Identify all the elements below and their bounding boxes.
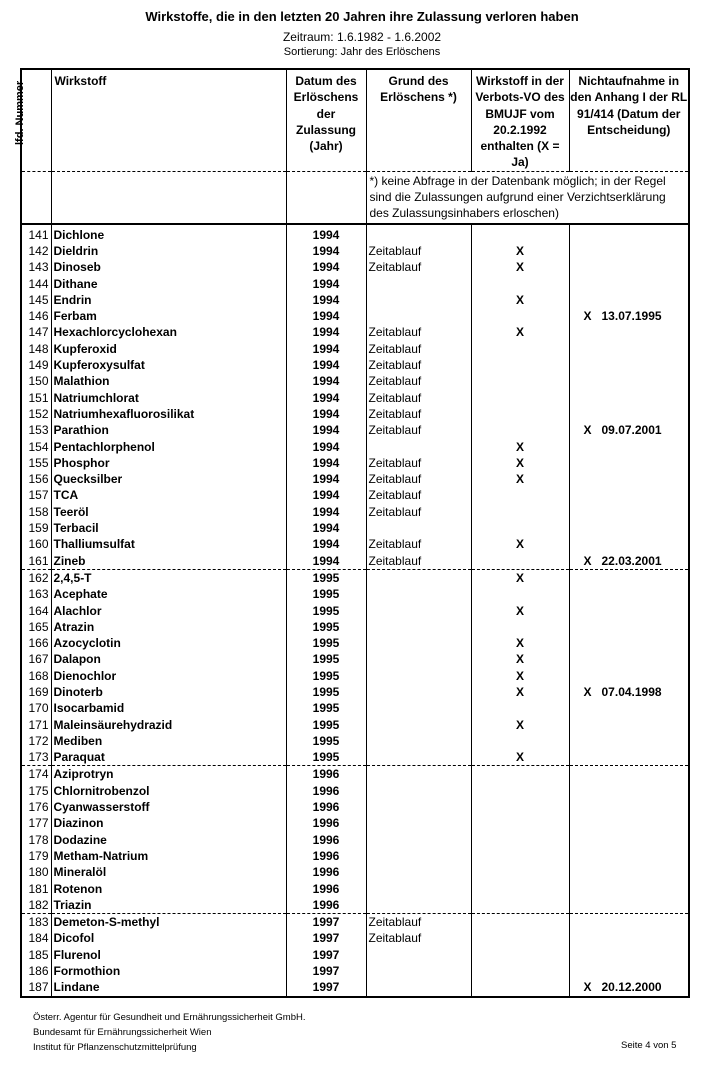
cell-name: Acephate	[51, 586, 286, 602]
cell-verbot: X	[471, 668, 569, 684]
cell-grund: Zeitablauf	[366, 243, 471, 259]
cell-grund	[366, 619, 471, 635]
cell-year: 1997	[286, 947, 366, 963]
cell-year: 1995	[286, 651, 366, 667]
cell-grund	[366, 586, 471, 602]
cell-grund	[366, 700, 471, 716]
table-row: 158Teeröl1994Zeitablauf	[21, 504, 689, 520]
cell-verbot: X	[471, 455, 569, 471]
table-row: 171Maleinsäurehydrazid1995X	[21, 717, 689, 733]
cell-grund: Zeitablauf	[366, 455, 471, 471]
cell-verbot	[471, 357, 569, 373]
cell-nr: 177	[21, 815, 51, 831]
cell-year: 1995	[286, 569, 366, 586]
table-row: 155Phosphor1994ZeitablaufX	[21, 455, 689, 471]
cell-nicht: X 07.04.1998	[569, 684, 689, 700]
cell-nicht	[569, 224, 689, 243]
cell-grund	[366, 947, 471, 963]
cell-year: 1997	[286, 979, 366, 996]
cell-nr: 142	[21, 243, 51, 259]
table-row: 160Thalliumsulfat1994ZeitablaufX	[21, 536, 689, 552]
cell-nicht	[569, 881, 689, 897]
cell-name: Isocarbamid	[51, 700, 286, 716]
col-header-nicht: Nichtaufnahme in den Anhang I der RL 91/…	[569, 69, 689, 171]
cell-name: Terbacil	[51, 520, 286, 536]
cell-grund: Zeitablauf	[366, 471, 471, 487]
cell-verbot	[471, 733, 569, 749]
cell-grund	[366, 717, 471, 733]
cell-verbot	[471, 487, 569, 503]
cell-name: Hexachlorcyclohexan	[51, 324, 286, 340]
cell-year: 1995	[286, 700, 366, 716]
col-header-date: Datum des Erlöschens der Zulassung (Jahr…	[286, 69, 366, 171]
sort-subtitle: Sortierung: Jahr des Erlöschens	[0, 46, 724, 58]
cell-nicht	[569, 700, 689, 716]
cell-name: Mediben	[51, 733, 286, 749]
cell-verbot: X	[471, 684, 569, 700]
table-row: 153Parathion1994ZeitablaufX 09.07.2001	[21, 422, 689, 438]
cell-nicht	[569, 668, 689, 684]
cell-year: 1994	[286, 422, 366, 438]
cell-nr: 174	[21, 766, 51, 783]
cell-nicht	[569, 292, 689, 308]
cell-verbot	[471, 504, 569, 520]
cell-verbot	[471, 766, 569, 783]
cell-nicht	[569, 536, 689, 552]
cell-grund	[366, 783, 471, 799]
cell-verbot: X	[471, 603, 569, 619]
table-row: 164Alachlor1995X	[21, 603, 689, 619]
cell-nr: 152	[21, 406, 51, 422]
cell-nr: 145	[21, 292, 51, 308]
cell-name: Azocyclotin	[51, 635, 286, 651]
cell-grund	[366, 603, 471, 619]
table-row: 177Diazinon1996	[21, 815, 689, 831]
cell-grund	[366, 979, 471, 996]
cell-verbot: X	[471, 324, 569, 340]
cell-nr: 181	[21, 881, 51, 897]
cell-nr: 171	[21, 717, 51, 733]
cell-grund	[366, 832, 471, 848]
cell-nicht	[569, 259, 689, 275]
table-row: 146Ferbam1994X 13.07.1995	[21, 308, 689, 324]
cell-nr: 154	[21, 439, 51, 455]
cell-name: Kupferoxysulfat	[51, 357, 286, 373]
cell-nicht	[569, 832, 689, 848]
footnote-empty-name	[51, 171, 286, 223]
cell-nr: 166	[21, 635, 51, 651]
cell-nicht	[569, 864, 689, 880]
table-row: 147Hexachlorcyclohexan1994ZeitablaufX	[21, 324, 689, 340]
cell-year: 1994	[286, 324, 366, 340]
cell-verbot	[471, 914, 569, 931]
cell-nr: 143	[21, 259, 51, 275]
cell-nicht	[569, 455, 689, 471]
cell-nicht	[569, 963, 689, 979]
cell-nicht	[569, 930, 689, 946]
table-row: 165Atrazin1995	[21, 619, 689, 635]
cell-verbot	[471, 897, 569, 914]
cell-nr: 184	[21, 930, 51, 946]
cell-name: Aziprotryn	[51, 766, 286, 783]
cell-grund	[366, 668, 471, 684]
cell-grund	[366, 439, 471, 455]
cell-grund	[366, 881, 471, 897]
cell-verbot	[471, 341, 569, 357]
cell-grund	[366, 864, 471, 880]
cell-year: 1994	[286, 406, 366, 422]
cell-name: Kupferoxid	[51, 341, 286, 357]
col-header-name: Wirkstoff	[51, 69, 286, 171]
cell-name: Dienochlor	[51, 668, 286, 684]
table-row: 187Lindane1997X 20.12.2000	[21, 979, 689, 996]
substances-table: lfd. Nummer Wirkstoff Datum des Erlösche…	[20, 68, 690, 998]
cell-grund	[366, 276, 471, 292]
cell-nr: 185	[21, 947, 51, 963]
table-row: 161Zineb1994ZeitablaufX 22.03.2001	[21, 553, 689, 570]
cell-verbot	[471, 864, 569, 880]
cell-nr: 144	[21, 276, 51, 292]
footnote-row: *) keine Abfrage in der Datenbank möglic…	[21, 171, 689, 223]
footnote-text: *) keine Abfrage in der Datenbank möglic…	[366, 171, 689, 223]
cell-year: 1994	[286, 243, 366, 259]
cell-verbot: X	[471, 717, 569, 733]
cell-year: 1994	[286, 341, 366, 357]
cell-grund: Zeitablauf	[366, 914, 471, 931]
cell-year: 1995	[286, 619, 366, 635]
cell-nr: 151	[21, 390, 51, 406]
col-header-nr: lfd. Nummer	[21, 69, 51, 171]
footer-line-2: Bundesamt für Ernährungssicherheit Wien	[33, 1025, 305, 1040]
cell-nicht	[569, 766, 689, 783]
cell-grund	[366, 569, 471, 586]
cell-name: Pentachlorphenol	[51, 439, 286, 455]
cell-name: Malathion	[51, 373, 286, 389]
table-row: 148Kupferoxid1994Zeitablauf	[21, 341, 689, 357]
cell-nr: 161	[21, 553, 51, 570]
cell-nicht	[569, 717, 689, 733]
table-row: 156Quecksilber1994ZeitablaufX	[21, 471, 689, 487]
cell-year: 1995	[286, 749, 366, 766]
footer-line-1: Österr. Agentur für Gesundheit und Ernäh…	[33, 1010, 305, 1025]
cell-year: 1994	[286, 520, 366, 536]
cell-nr: 160	[21, 536, 51, 552]
cell-nr: 182	[21, 897, 51, 914]
cell-year: 1996	[286, 815, 366, 831]
cell-name: Diazinon	[51, 815, 286, 831]
cell-year: 1994	[286, 487, 366, 503]
table-row: 183Demeton-S-methyl1997Zeitablauf	[21, 914, 689, 931]
cell-verbot	[471, 224, 569, 243]
cell-nicht	[569, 733, 689, 749]
cell-name: Triazin	[51, 897, 286, 914]
cell-nr: 167	[21, 651, 51, 667]
cell-name: Parathion	[51, 422, 286, 438]
cell-nicht	[569, 914, 689, 931]
cell-nicht	[569, 276, 689, 292]
cell-year: 1995	[286, 586, 366, 602]
table-row: 141Dichlone1994	[21, 224, 689, 243]
cell-nr: 186	[21, 963, 51, 979]
cell-grund	[366, 684, 471, 700]
cell-name: Mineralöl	[51, 864, 286, 880]
cell-grund	[366, 963, 471, 979]
cell-grund	[366, 848, 471, 864]
cell-grund	[366, 520, 471, 536]
cell-name: Ferbam	[51, 308, 286, 324]
cell-grund: Zeitablauf	[366, 930, 471, 946]
cell-grund	[366, 733, 471, 749]
cell-nr: 168	[21, 668, 51, 684]
cell-nicht	[569, 749, 689, 766]
cell-verbot	[471, 832, 569, 848]
cell-grund: Zeitablauf	[366, 357, 471, 373]
cell-verbot	[471, 422, 569, 438]
cell-nicht	[569, 586, 689, 602]
table-row: 145Endrin1994X	[21, 292, 689, 308]
cell-name: Chlornitrobenzol	[51, 783, 286, 799]
table-row: 144Dithane1994	[21, 276, 689, 292]
cell-verbot	[471, 930, 569, 946]
cell-year: 1996	[286, 832, 366, 848]
cell-year: 1994	[286, 276, 366, 292]
cell-nr: 173	[21, 749, 51, 766]
cell-nicht	[569, 897, 689, 914]
table-row: 150Malathion1994Zeitablauf	[21, 373, 689, 389]
cell-nr: 147	[21, 324, 51, 340]
table-body: 141Dichlone1994142Dieldrin1994Zeitablauf…	[21, 224, 689, 997]
cell-name: Dalapon	[51, 651, 286, 667]
table-row: 184Dicofol1997Zeitablauf	[21, 930, 689, 946]
cell-grund	[366, 799, 471, 815]
cell-nr: 169	[21, 684, 51, 700]
cell-verbot	[471, 947, 569, 963]
cell-nicht	[569, 619, 689, 635]
cell-name: Alachlor	[51, 603, 286, 619]
cell-year: 1996	[286, 766, 366, 783]
cell-name: Natriumhexafluorosilikat	[51, 406, 286, 422]
cell-nicht	[569, 439, 689, 455]
cell-year: 1997	[286, 930, 366, 946]
footnote-empty-date	[286, 171, 366, 223]
cell-verbot: X	[471, 749, 569, 766]
cell-nicht	[569, 243, 689, 259]
cell-grund: Zeitablauf	[366, 422, 471, 438]
cell-name: Natriumchlorat	[51, 390, 286, 406]
cell-grund: Zeitablauf	[366, 324, 471, 340]
cell-verbot	[471, 308, 569, 324]
cell-verbot	[471, 406, 569, 422]
cell-year: 1994	[286, 455, 366, 471]
cell-verbot: X	[471, 635, 569, 651]
cell-verbot: X	[471, 292, 569, 308]
cell-nr: 162	[21, 569, 51, 586]
cell-grund	[366, 635, 471, 651]
table-row: 169Dinoterb1995XX 07.04.1998	[21, 684, 689, 700]
cell-name: Dodazine	[51, 832, 286, 848]
document-title: Wirkstoffe, die in den letzten 20 Jahren…	[0, 9, 724, 24]
cell-nr: 146	[21, 308, 51, 324]
cell-year: 1994	[286, 308, 366, 324]
cell-nicht	[569, 390, 689, 406]
cell-grund: Zeitablauf	[366, 487, 471, 503]
cell-name: Formothion	[51, 963, 286, 979]
cell-nr: 150	[21, 373, 51, 389]
table-row: 178Dodazine1996	[21, 832, 689, 848]
cell-nr: 176	[21, 799, 51, 815]
col-header-verbot: Wirkstoff in der Verbots-VO des BMUJF vo…	[471, 69, 569, 171]
table-row: 176Cyanwasserstoff1996	[21, 799, 689, 815]
cell-year: 1994	[286, 536, 366, 552]
cell-verbot	[471, 963, 569, 979]
table-row: 173Paraquat1995X	[21, 749, 689, 766]
cell-name: Teeröl	[51, 504, 286, 520]
cell-verbot: X	[471, 651, 569, 667]
cell-grund: Zeitablauf	[366, 406, 471, 422]
cell-verbot	[471, 553, 569, 570]
cell-verbot	[471, 619, 569, 635]
cell-nr: 157	[21, 487, 51, 503]
cell-nicht	[569, 520, 689, 536]
cell-grund: Zeitablauf	[366, 553, 471, 570]
cell-name: Dieldrin	[51, 243, 286, 259]
cell-nicht	[569, 783, 689, 799]
cell-verbot	[471, 799, 569, 815]
cell-nicht	[569, 635, 689, 651]
cell-nr: 158	[21, 504, 51, 520]
cell-grund	[366, 749, 471, 766]
cell-year: 1995	[286, 603, 366, 619]
cell-year: 1994	[286, 292, 366, 308]
cell-name: Lindane	[51, 979, 286, 996]
cell-verbot	[471, 586, 569, 602]
cell-name: Dicofol	[51, 930, 286, 946]
cell-year: 1997	[286, 963, 366, 979]
cell-nicht	[569, 603, 689, 619]
table-row: 185Flurenol1997	[21, 947, 689, 963]
cell-grund	[366, 292, 471, 308]
cell-year: 1995	[286, 717, 366, 733]
cell-name: Thalliumsulfat	[51, 536, 286, 552]
cell-nicht	[569, 341, 689, 357]
cell-verbot: X	[471, 471, 569, 487]
footer-org: Österr. Agentur für Gesundheit und Ernäh…	[33, 1010, 305, 1055]
cell-nr: 159	[21, 520, 51, 536]
cell-year: 1996	[286, 848, 366, 864]
cell-nicht	[569, 947, 689, 963]
cell-nr: 153	[21, 422, 51, 438]
cell-year: 1994	[286, 439, 366, 455]
table-row: 143Dinoseb1994ZeitablaufX	[21, 259, 689, 275]
cell-name: Metham-Natrium	[51, 848, 286, 864]
cell-name: Demeton-S-methyl	[51, 914, 286, 931]
table-header-row: lfd. Nummer Wirkstoff Datum des Erlösche…	[21, 69, 689, 171]
period-subtitle: Zeitraum: 1.6.1982 - 1.6.2002	[0, 30, 724, 44]
cell-name: Atrazin	[51, 619, 286, 635]
cell-verbot: X	[471, 536, 569, 552]
cell-nicht	[569, 848, 689, 864]
cell-year: 1994	[286, 259, 366, 275]
cell-grund	[366, 308, 471, 324]
cell-year: 1995	[286, 733, 366, 749]
cell-verbot	[471, 881, 569, 897]
cell-verbot: X	[471, 259, 569, 275]
cell-nr: 163	[21, 586, 51, 602]
cell-nicht	[569, 406, 689, 422]
cell-nr: 172	[21, 733, 51, 749]
cell-nr: 149	[21, 357, 51, 373]
cell-verbot	[471, 276, 569, 292]
cell-nr: 175	[21, 783, 51, 799]
cell-grund: Zeitablauf	[366, 259, 471, 275]
cell-name: Dinoterb	[51, 684, 286, 700]
table-row: 175Chlornitrobenzol1996	[21, 783, 689, 799]
cell-grund: Zeitablauf	[366, 504, 471, 520]
cell-grund	[366, 897, 471, 914]
cell-verbot	[471, 700, 569, 716]
cell-name: Cyanwasserstoff	[51, 799, 286, 815]
cell-nicht	[569, 569, 689, 586]
cell-name: Quecksilber	[51, 471, 286, 487]
cell-verbot	[471, 848, 569, 864]
table-row: 186Formothion1997	[21, 963, 689, 979]
cell-name: Phosphor	[51, 455, 286, 471]
cell-year: 1994	[286, 504, 366, 520]
cell-grund: Zeitablauf	[366, 536, 471, 552]
cell-nr: 170	[21, 700, 51, 716]
cell-nicht	[569, 373, 689, 389]
table-row: 182Triazin1996	[21, 897, 689, 914]
cell-nicht	[569, 815, 689, 831]
cell-name: Dichlone	[51, 224, 286, 243]
cell-year: 1994	[286, 357, 366, 373]
cell-verbot	[471, 979, 569, 996]
cell-nicht	[569, 471, 689, 487]
cell-grund	[366, 651, 471, 667]
table-row: 166Azocyclotin1995X	[21, 635, 689, 651]
cell-grund	[366, 224, 471, 243]
cell-grund: Zeitablauf	[366, 341, 471, 357]
cell-year: 1994	[286, 471, 366, 487]
cell-nr: 156	[21, 471, 51, 487]
cell-verbot	[471, 373, 569, 389]
cell-year: 1996	[286, 799, 366, 815]
table-row: 154Pentachlorphenol1994X	[21, 439, 689, 455]
cell-name: Endrin	[51, 292, 286, 308]
cell-year: 1994	[286, 390, 366, 406]
cell-nicht: X 20.12.2000	[569, 979, 689, 996]
cell-year: 1996	[286, 881, 366, 897]
cell-nr: 164	[21, 603, 51, 619]
table-row: 142Dieldrin1994ZeitablaufX	[21, 243, 689, 259]
table-row: 174Aziprotryn1996	[21, 766, 689, 783]
cell-year: 1996	[286, 783, 366, 799]
cell-name: Rotenon	[51, 881, 286, 897]
cell-name: 2,4,5-T	[51, 569, 286, 586]
cell-verbot	[471, 815, 569, 831]
table-row: 179Metham-Natrium1996	[21, 848, 689, 864]
footer-line-3: Institut für Pflanzenschutzmittelprüfung	[33, 1040, 305, 1055]
cell-year: 1994	[286, 553, 366, 570]
cell-verbot: X	[471, 439, 569, 455]
col-header-grund: Grund des Erlöschens *)	[366, 69, 471, 171]
cell-nicht	[569, 324, 689, 340]
cell-verbot: X	[471, 569, 569, 586]
cell-nr: 183	[21, 914, 51, 931]
cell-name: Dithane	[51, 276, 286, 292]
cell-nicht: X 22.03.2001	[569, 553, 689, 570]
cell-nicht	[569, 651, 689, 667]
